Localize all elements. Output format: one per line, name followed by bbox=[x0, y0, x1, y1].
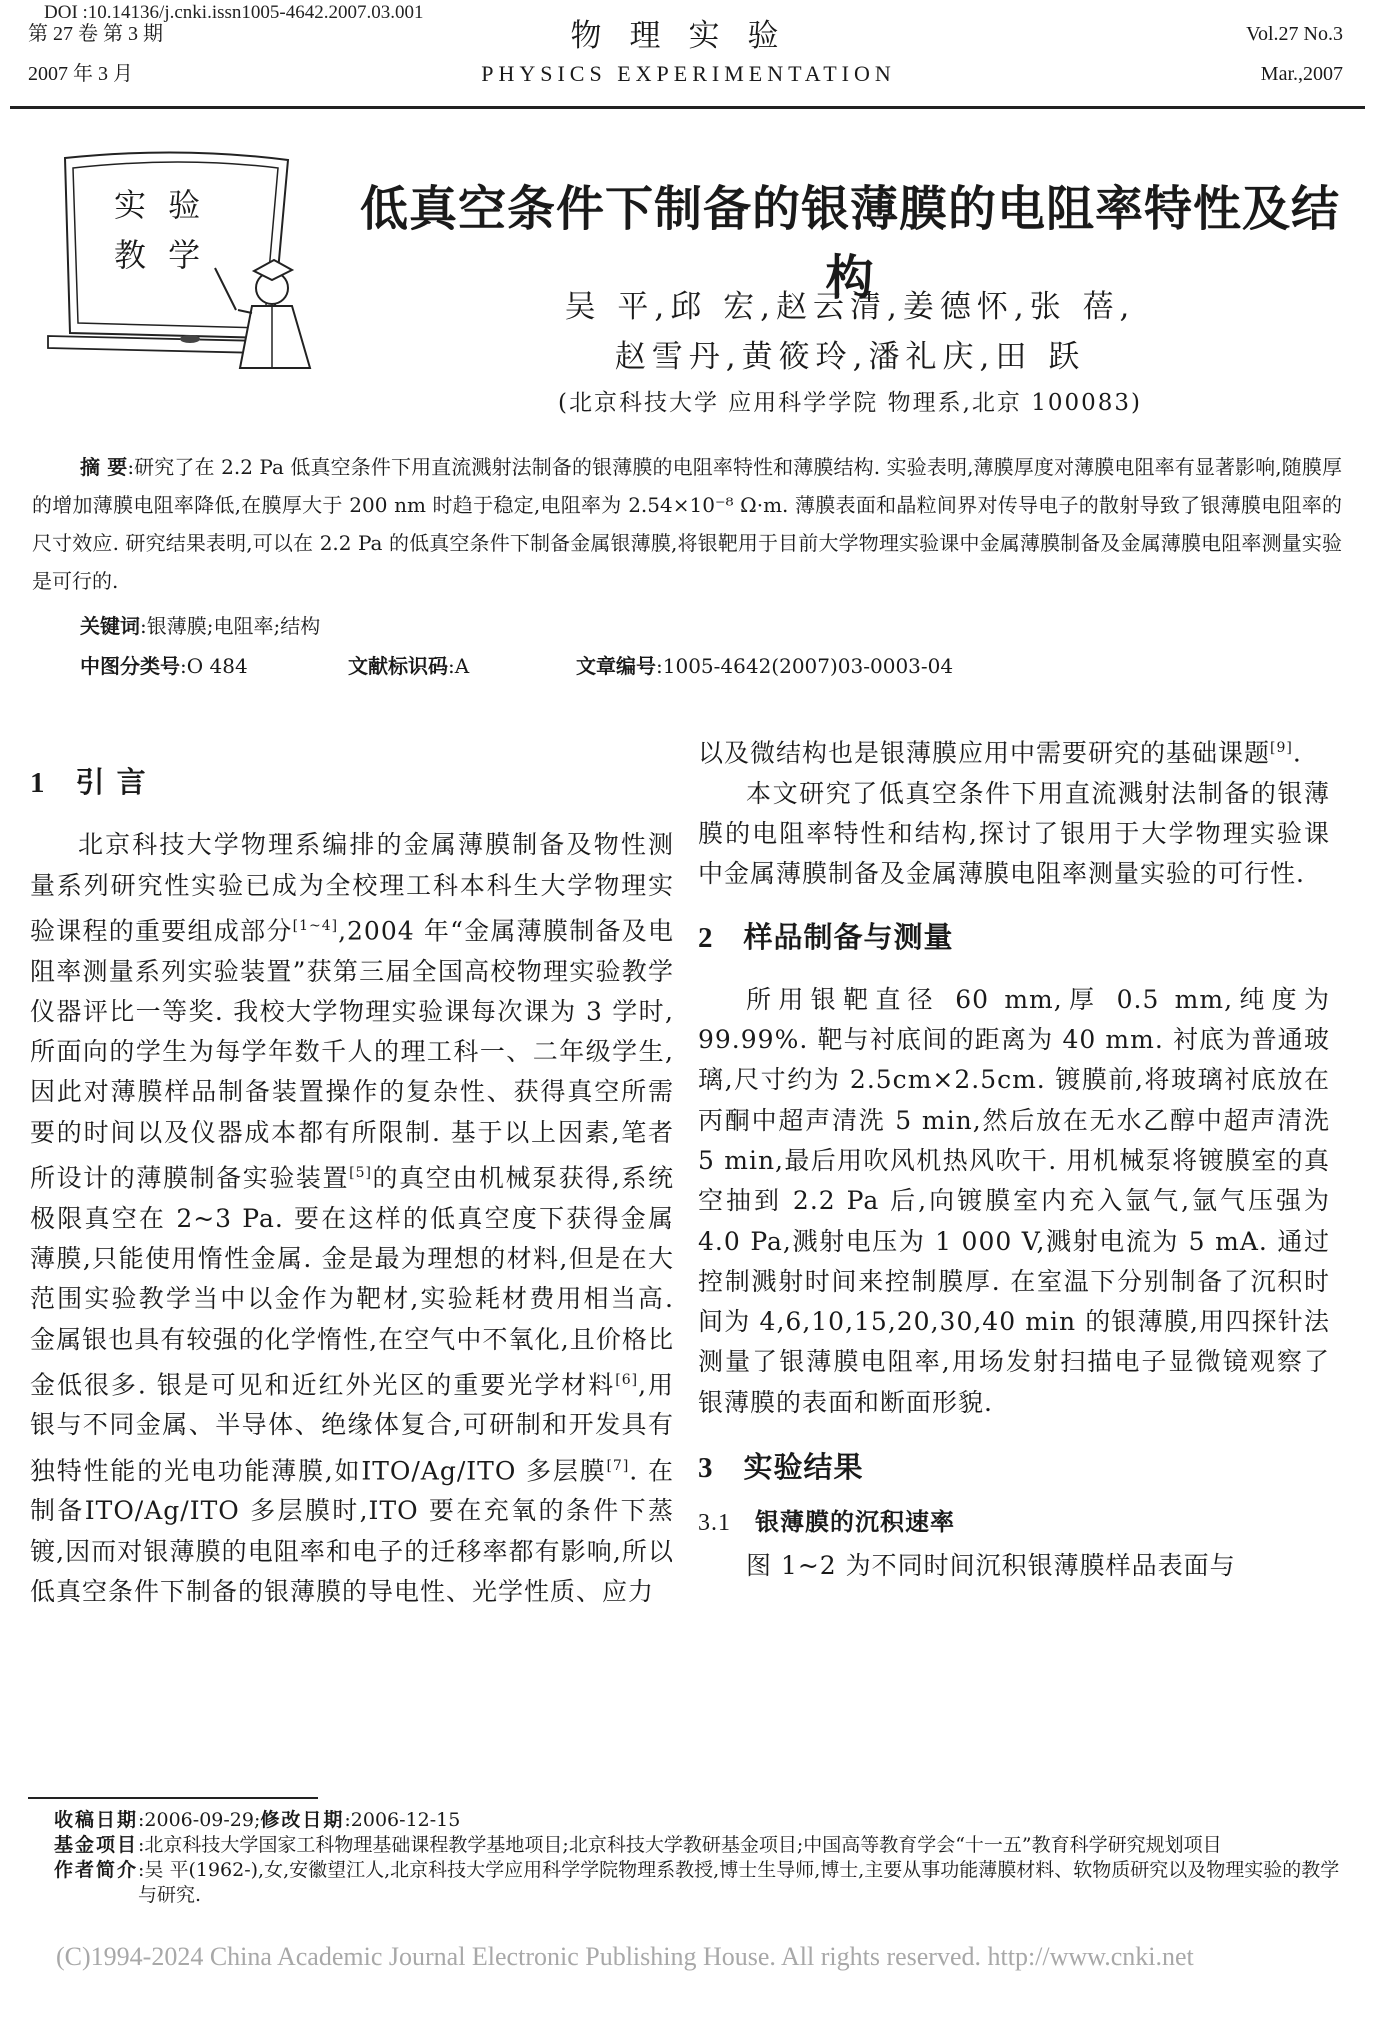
received-dates: 收稿日期:2006-09-29;修改日期:2006-12-15 bbox=[54, 1808, 1344, 1833]
paragraph: 图 1~2 为不同时间沉积银薄膜样品表面与 bbox=[698, 1546, 1330, 1586]
paragraph: 所用银靶直径 60 mm,厚 0.5 mm,纯度为 99.99%. 靶与衬底间的… bbox=[698, 980, 1330, 1423]
paragraph: 北京科技大学物理系编排的金属薄膜制备及物性测量系列研究性实验已成为全校理工科本科… bbox=[30, 825, 674, 1612]
journal-name-cn: 物理实验 bbox=[0, 10, 1377, 55]
affiliation: (北京科技大学 应用科学学院 物理系,北京 100083) bbox=[345, 384, 1355, 417]
author-bio: 作者简介:吴 平(1962-),女,安徽望江人,北京科技大学应用科学学院物理系教… bbox=[54, 1858, 1344, 1908]
citation[interactable]: [9] bbox=[1270, 740, 1293, 756]
abstract-text: :研究了在 2.2 Pa 低真空条件下用直流溅射法制备的银薄膜的电阻率特性和薄膜… bbox=[32, 455, 1342, 593]
volume-issue-en: Vol.27 No.3 bbox=[1246, 14, 1343, 54]
citation[interactable]: [6] bbox=[615, 1372, 638, 1388]
footnotes: 收稿日期:2006-09-29;修改日期:2006-12-15 基金项目:北京科… bbox=[54, 1808, 1344, 1908]
subsection-heading-3-1: 3.1银薄膜的沉积速率 bbox=[698, 1502, 1330, 1543]
paragraph-continued: 以及微结构也是银薄膜应用中需要研究的基础课题[9]. bbox=[698, 728, 1330, 774]
abstract: 摘 要:研究了在 2.2 Pa 低真空条件下用直流溅射法制备的银薄膜的电阻率特性… bbox=[32, 448, 1342, 600]
citation[interactable]: [1~4] bbox=[293, 918, 338, 934]
section-heading-2: 2样品制备与测量 bbox=[698, 917, 1330, 958]
citation[interactable]: [5] bbox=[349, 1165, 372, 1181]
journal-name-en: PHYSICS EXPERIMENTATION bbox=[0, 61, 1377, 87]
document-code: 文献标识码:A bbox=[348, 650, 469, 679]
classification-row: 中图分类号:O 484 bbox=[80, 650, 248, 679]
date-en: Mar.,2007 bbox=[1246, 54, 1343, 94]
body-column-left: 1引 言 北京科技大学物理系编排的金属薄膜制备及物性测量系列研究性实验已成为全校… bbox=[30, 748, 674, 1612]
footnote-rule bbox=[28, 1797, 318, 1799]
section-heading-3: 3实验结果 bbox=[698, 1447, 1330, 1488]
copyright-notice: (C)1994-2024 China Academic Journal Elec… bbox=[56, 1942, 1194, 1972]
keywords: 关键词:银薄膜;电阻率;结构 bbox=[80, 610, 320, 639]
section-heading-1: 1引 言 bbox=[30, 762, 674, 803]
body-column-right: 以及微结构也是银薄膜应用中需要研究的基础课题[9]. 本文研究了低真空条件下用直… bbox=[698, 728, 1330, 1586]
funding: 基金项目:北京科技大学国家工科物理基础课程教学基地项目;北京科技大学教研基金项目… bbox=[54, 1833, 1344, 1858]
abstract-label: 摘 要 bbox=[80, 455, 127, 479]
citation[interactable]: [7] bbox=[606, 1458, 629, 1474]
column-emblem: 实 验 教 学 bbox=[40, 138, 340, 378]
emblem-text: 实 验 教 学 bbox=[114, 180, 206, 280]
header-rule bbox=[10, 106, 1365, 109]
paragraph: 本文研究了低真空条件下用直流溅射法制备的银薄膜的电阻率特性和结构,探讨了银用于大… bbox=[698, 774, 1330, 895]
author-list: 吴 平,邱 宏,赵云清,姜德怀,张 蓓, 赵雪丹,黄筱玲,潘礼庆,田 跃 bbox=[345, 282, 1355, 382]
article-number: 文章编号:1005-4642(2007)03-0003-04 bbox=[576, 650, 953, 679]
journal-masthead: 物理实验 PHYSICS EXPERIMENTATION bbox=[0, 10, 1377, 87]
header-right: Vol.27 No.3 Mar.,2007 bbox=[1246, 14, 1343, 94]
